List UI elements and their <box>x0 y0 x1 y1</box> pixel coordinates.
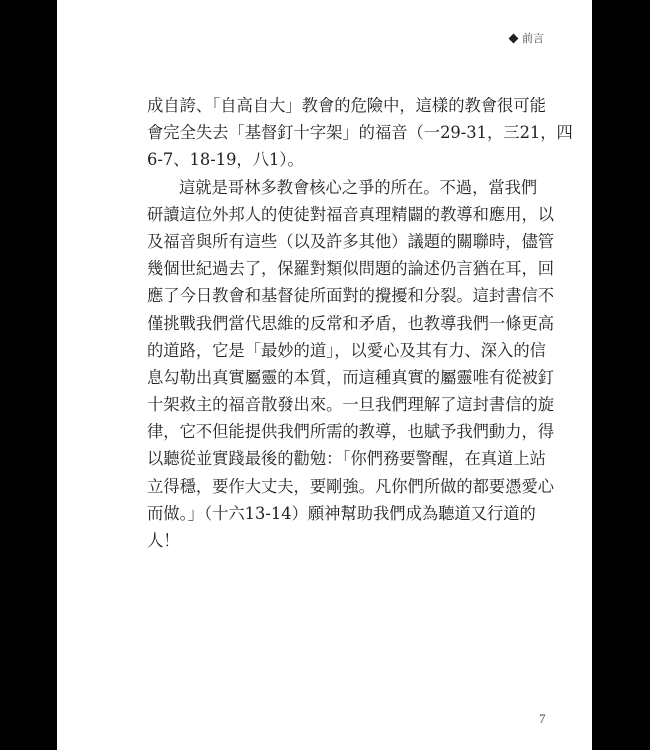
paragraph-start-line: 這就是哥林多教會核心之爭的所在。不過，當我們 <box>147 174 509 201</box>
text-line: 而做。」（十六13-14）願神幫助我們成為聽道又行道的 <box>147 500 509 527</box>
book-page: 前言 成自誇、「自高自大」教會的危險中，這樣的教會很可能 會完全失去「基督釘十字… <box>57 0 592 750</box>
text-line: 僅挑戰我們當代思維的反常和矛盾，也教導我們一條更高 <box>147 310 509 337</box>
text-line: 的道路，它是「最妙的道」，以愛心及其有力、深入的信 <box>147 337 509 364</box>
text-line: 6-7、18-19，八1）。 <box>147 146 509 173</box>
text-line: 應了今日教會和基督徒所面對的攪擾和分裂。這封書信不 <box>147 282 509 309</box>
text-line: 會完全失去「基督釘十字架」的福音（一29-31，三21，四 <box>147 119 509 146</box>
text-line: 幾個世紀過去了，保羅對類似問題的論述仍言猶在耳，回 <box>147 255 509 282</box>
running-header: 前言 <box>510 30 544 46</box>
text-line: 十架救主的福音散發出來。一旦我們理解了這封書信的旋 <box>147 391 509 418</box>
section-title: 前言 <box>522 30 544 46</box>
text-line: 人！ <box>147 527 509 554</box>
text-line: 律，它不但能提供我們所需的教導，也賦予我們動力，得 <box>147 418 509 445</box>
page-number: 7 <box>539 711 546 727</box>
diamond-bullet-icon <box>509 33 519 43</box>
text-line: 研讀這位外邦人的使徒對福音真理精闢的教導和應用，以 <box>147 201 509 228</box>
text-line: 息勾勒出真實屬靈的本質，而這種真實的屬靈唯有從被釘 <box>147 364 509 391</box>
text-line: 立得穩，要作大丈夫，要剛強。凡你們所做的都要憑愛心 <box>147 473 509 500</box>
text-line: 及福音與所有這些（以及許多其他）議題的關聯時，儘管 <box>147 228 509 255</box>
body-text: 成自誇、「自高自大」教會的危險中，這樣的教會很可能 會完全失去「基督釘十字架」的… <box>147 92 509 554</box>
text-line: 以聽從並實踐最後的勸勉：「你們務要警醒，在真道上站 <box>147 445 509 472</box>
text-line: 成自誇、「自高自大」教會的危險中，這樣的教會很可能 <box>147 92 509 119</box>
